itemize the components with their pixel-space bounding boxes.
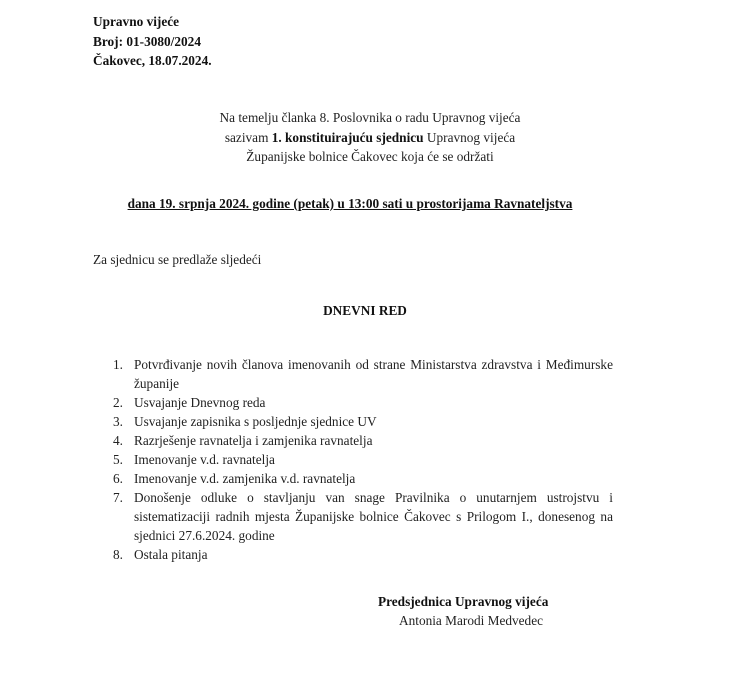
issuing-body: Upravno vijeće [93,12,212,32]
intro-line-1: Na temelju članka 8. Poslovnika o radu U… [150,108,590,128]
intro-line-2-prefix: sazivam [225,130,272,145]
document-page: Upravno vijeće Broj: 01-3080/2024 Čakove… [0,0,731,699]
agenda-item-text: Ostala pitanja [134,545,613,564]
signature-block: Predsjednica Upravnog vijeća Antonia Mar… [378,592,548,630]
agenda-item: 1.Potvrđivanje novih članova imenovanih … [113,355,613,393]
agenda-item-text: Usvajanje Dnevnog reda [134,393,613,412]
agenda-item: 3.Usvajanje zapisnika s posljednje sjedn… [113,412,613,431]
reference-number: Broj: 01-3080/2024 [93,32,212,52]
agenda-item-number: 7. [113,488,134,545]
agenda-list: 1.Potvrđivanje novih članova imenovanih … [113,355,613,564]
agenda-item: 4.Razrješenje ravnatelja i zamjenika rav… [113,431,613,450]
agenda-item-number: 2. [113,393,134,412]
agenda-item: 5.Imenovanje v.d. ravnatelja [113,450,613,469]
convocation-intro: Na temelju članka 8. Poslovnika o radu U… [150,108,590,167]
agenda-item: 8.Ostala pitanja [113,545,613,564]
agenda-item-number: 1. [113,355,134,393]
agenda-title: DNEVNI RED [200,301,530,320]
intro-line-2: sazivam 1. konstituirajuću sjednicu Upra… [150,128,590,148]
signatory-title: Predsjednica Upravnog vijeća [378,592,548,611]
agenda-item-number: 4. [113,431,134,450]
signatory-name: Antonia Marodi Medvedec [378,611,548,630]
agenda-item-text: Donošenje odluke o stavljanju van snage … [134,488,613,545]
agenda-item-text: Imenovanje v.d. ravnatelja [134,450,613,469]
meeting-date-line: dana 19. srpnja 2024. godine (petak) u 1… [100,194,600,213]
agenda-item-number: 3. [113,412,134,431]
proposal-text: Za sjednicu se predlaže sljedeći [93,250,261,269]
agenda-item-text: Usvajanje zapisnika s posljednje sjednic… [134,412,613,431]
agenda-item-text: Imenovanje v.d. zamjenika v.d. ravnatelj… [134,469,613,488]
place-and-date: Čakovec, 18.07.2024. [93,51,212,71]
intro-line-2-suffix: Upravnog vijeća [424,130,516,145]
session-name: 1. konstituirajuću sjednicu [272,130,424,145]
agenda-item: 6.Imenovanje v.d. zamjenika v.d. ravnate… [113,469,613,488]
document-header: Upravno vijeće Broj: 01-3080/2024 Čakove… [93,12,212,71]
agenda-item: 7.Donošenje odluke o stavljanju van snag… [113,488,613,545]
agenda-item: 2.Usvajanje Dnevnog reda [113,393,613,412]
agenda-item-number: 8. [113,545,134,564]
agenda-item-text: Razrješenje ravnatelja i zamjenika ravna… [134,431,613,450]
agenda-item-text: Potvrđivanje novih članova imenovanih od… [134,355,613,393]
agenda-item-number: 5. [113,450,134,469]
agenda-item-number: 6. [113,469,134,488]
intro-line-3: Županijske bolnice Čakovec koja će se od… [150,147,590,167]
